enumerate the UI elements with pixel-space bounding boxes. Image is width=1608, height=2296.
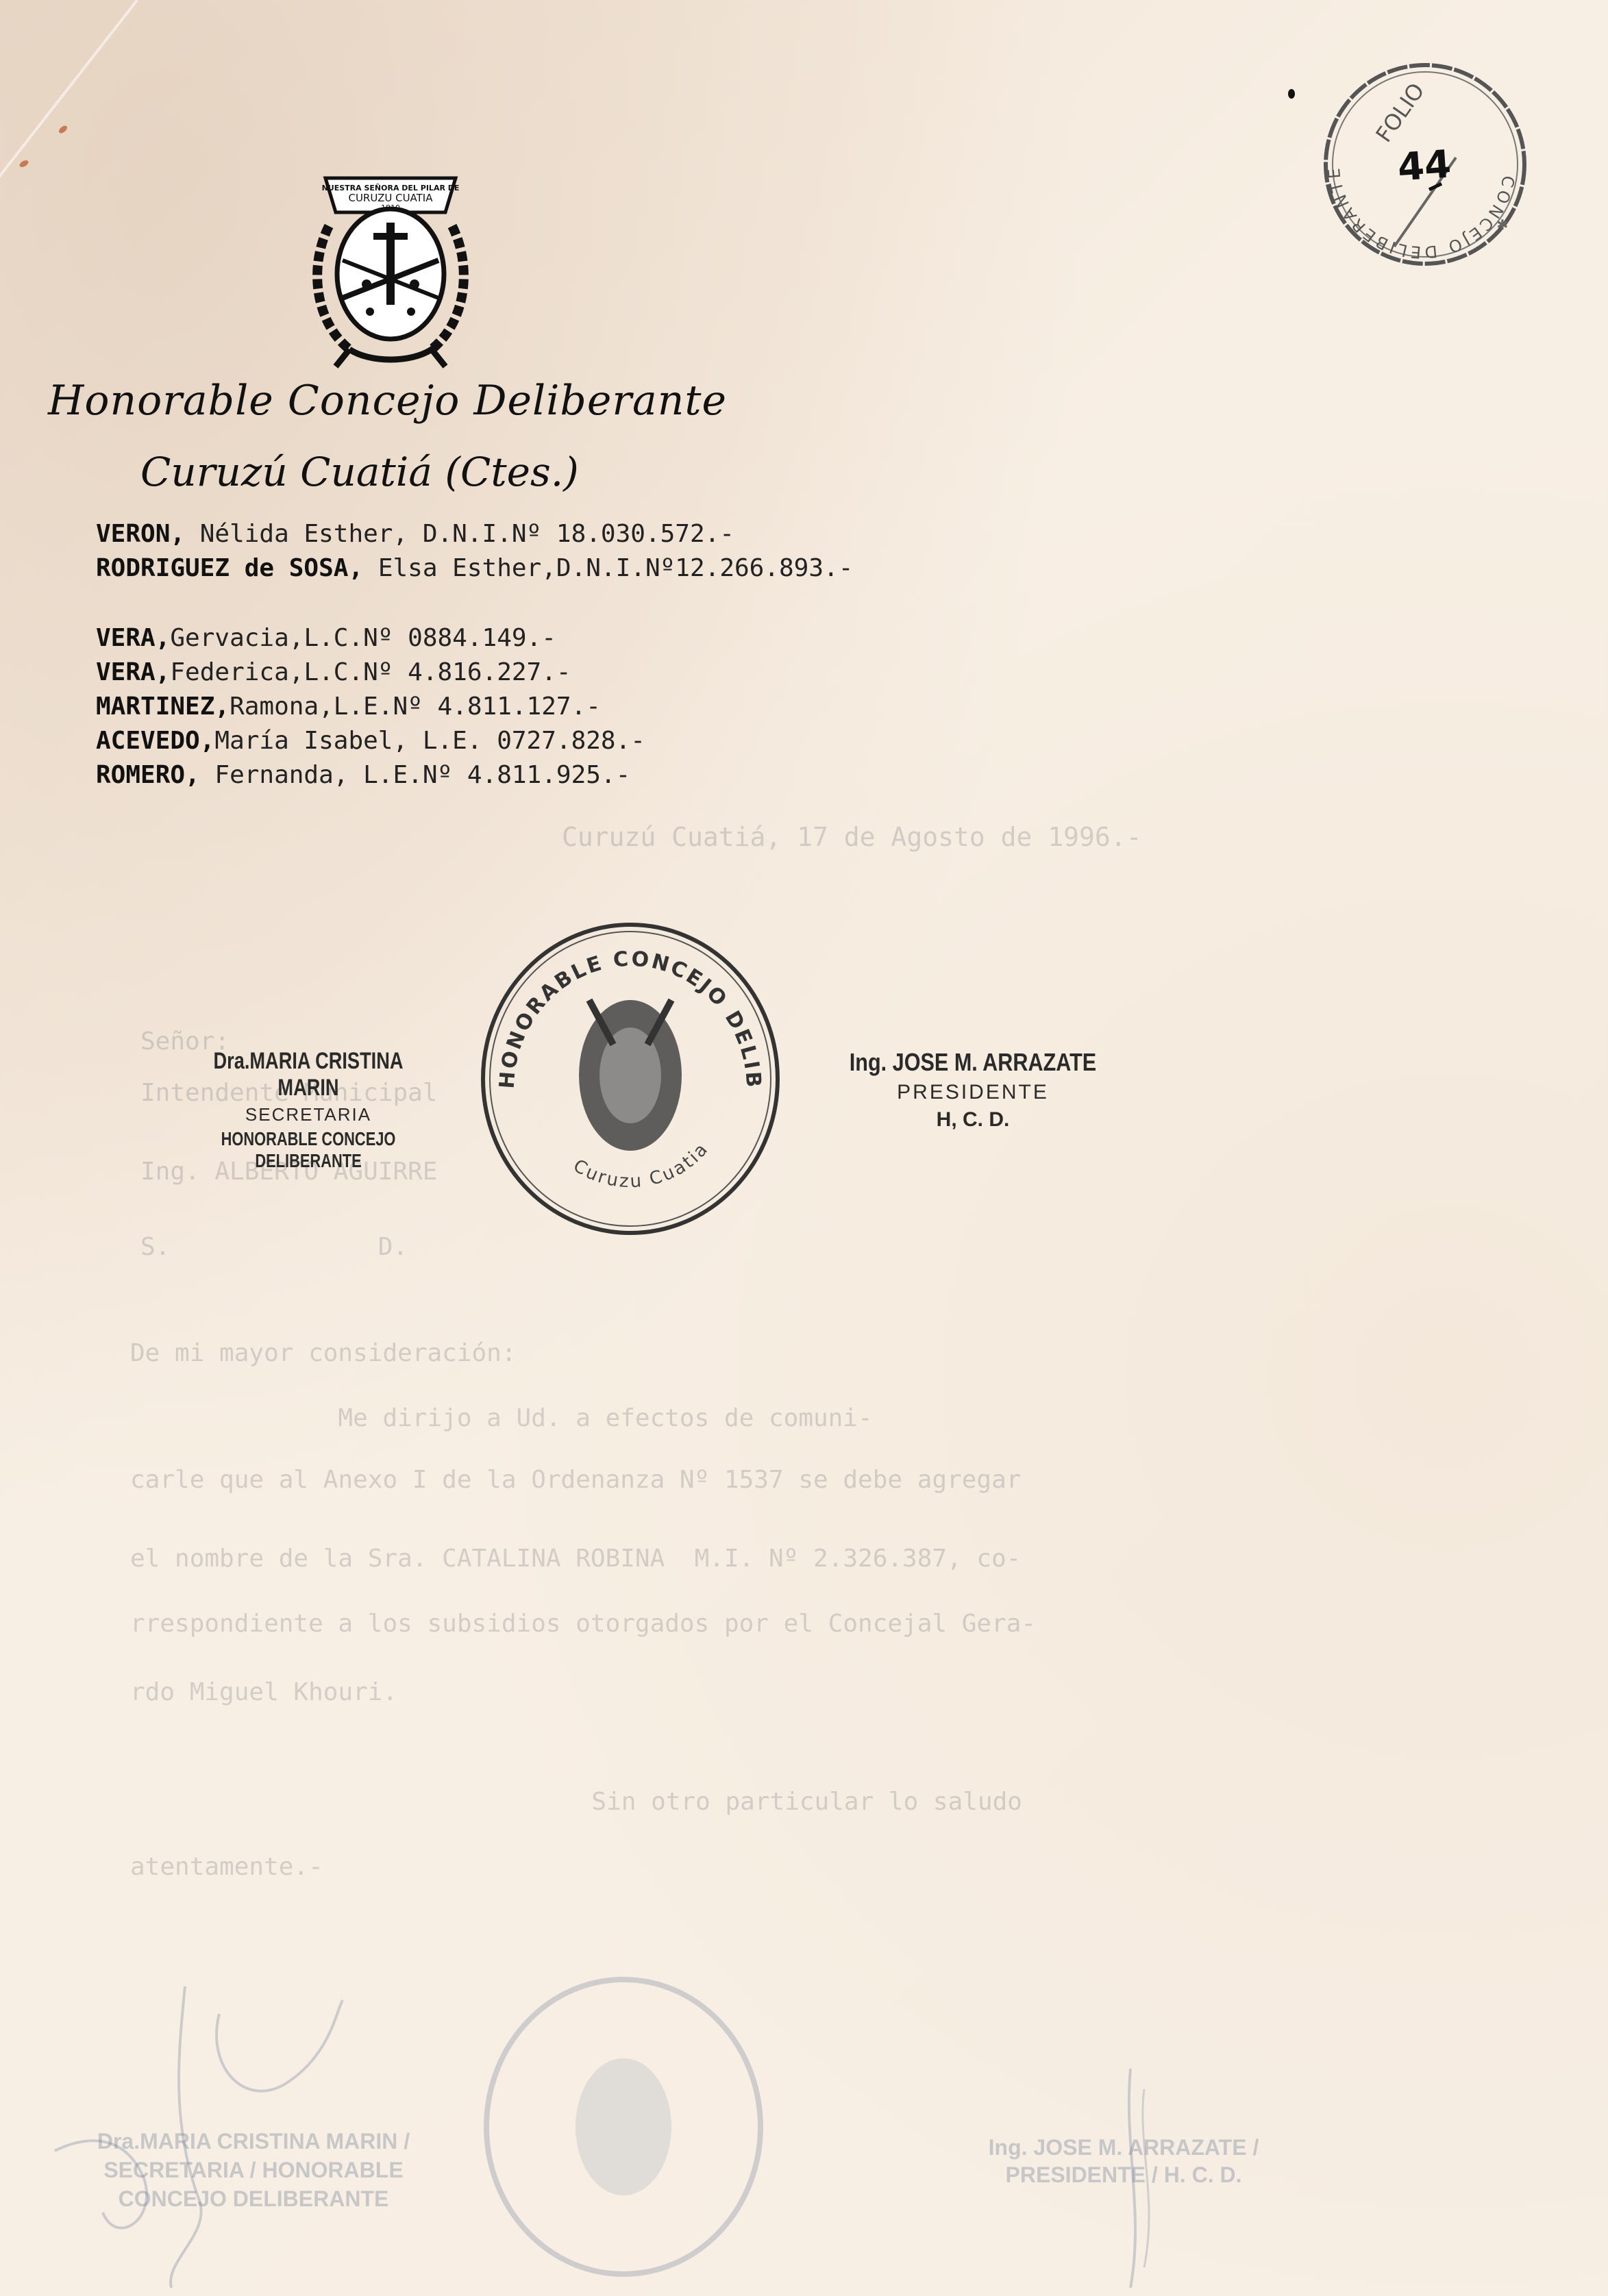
- official-seal: HONORABLE CONCEJO DELIBERANTE Curuzu Cua…: [466, 918, 795, 1240]
- signer-role: SECRETARIA: [151, 1104, 466, 1125]
- list-item: ROMERO, Fernanda, L.E.Nº 4.811.925.-: [96, 758, 853, 793]
- ghost-body: el nombre de la Sra. CATALINA ROBINA M.I…: [130, 1545, 1021, 1573]
- svg-text:✱: ✱: [1497, 214, 1508, 234]
- list-item: VERON, Nélida Esther, D.N.I.Nº 18.030.57…: [96, 517, 853, 551]
- ghost-body: rrespondiente a los subsidios otorgados …: [130, 1610, 1036, 1638]
- list-item: RODRIGUEZ de SOSA, Elsa Esther,D.N.I.Nº1…: [96, 551, 853, 586]
- signature-block-president: Ing. JOSE M. ARRAZATE PRESIDENTE H, C. D…: [802, 1048, 1144, 1132]
- faded-stamp-left: Dra.MARIA CRISTINA MARIN / SECRETARIA / …: [82, 2127, 425, 2213]
- beneficiary-list: VERON, Nélida Esther, D.N.I.Nº 18.030.57…: [96, 517, 853, 793]
- letterhead-title: Honorable Concejo Deliberante: [48, 377, 727, 425]
- ghost-closing: atentamente.-: [130, 1853, 323, 1881]
- faded-seal: [466, 1966, 781, 2288]
- letterhead-subtitle: Curuzú Cuatiá (Ctes.): [140, 449, 579, 495]
- ghost-body: rdo Miguel Khouri.: [130, 1678, 397, 1706]
- folio-number: 44: [1396, 142, 1452, 190]
- paper-fold: [0, 0, 138, 227]
- staple-mark: [58, 124, 69, 134]
- signer-org: H, C. D.: [802, 1108, 1144, 1132]
- svg-text:CURUZU CUATIA: CURUZU CUATIA: [348, 192, 433, 204]
- ghost-salutation: S. D.: [140, 1233, 408, 1261]
- list-item: ACEVEDO,María Isabel, L.E. 0727.828.-: [96, 724, 853, 758]
- ghost-body: carle que al Anexo I de la Ordenanza Nº …: [130, 1466, 1021, 1494]
- ghost-date: Curuzú Cuatiá, 17 de Agosto de 1996.-: [562, 822, 1141, 852]
- staple-mark: [18, 159, 29, 169]
- svg-text:FOLIO: FOLIO: [1370, 78, 1429, 147]
- signer-name: Ing. JOSE M. ARRAZATE: [828, 1048, 1119, 1077]
- list-item: VERA,Federica,L.C.Nº 4.816.227.-: [96, 656, 853, 690]
- ghost-closing: Sin otro particular lo saludo: [384, 1788, 1022, 1816]
- signer-role: PRESIDENTE: [802, 1081, 1144, 1104]
- list-item: MARTINEZ,Ramona,L.E.Nº 4.811.127.-: [96, 690, 853, 724]
- faded-stamp-right: Ing. JOSE M. ARRAZATE / PRESIDENTE / H. …: [952, 2134, 1295, 2188]
- municipal-coat-of-arms-icon: NUESTRA SEÑORA DEL PILAR DE CURUZU CUATI…: [301, 164, 480, 370]
- list-item: VERA,Gervacia,L.C.Nº 0884.149.-: [96, 621, 853, 656]
- signature-block-secretary: Dra.MARIA CRISTINA MARIN SECRETARIA HONO…: [151, 1048, 466, 1172]
- signer-name: Dra.MARIA CRISTINA MARIN: [182, 1048, 434, 1101]
- ink-dot: [1288, 89, 1295, 99]
- signer-org: HONORABLE CONCEJO DELIBERANTE: [186, 1128, 432, 1172]
- ghost-body: Me dirijo a Ud. a efectos de comuni-: [130, 1404, 873, 1432]
- ghost-greeting: De mi mayor consideración:: [130, 1339, 517, 1367]
